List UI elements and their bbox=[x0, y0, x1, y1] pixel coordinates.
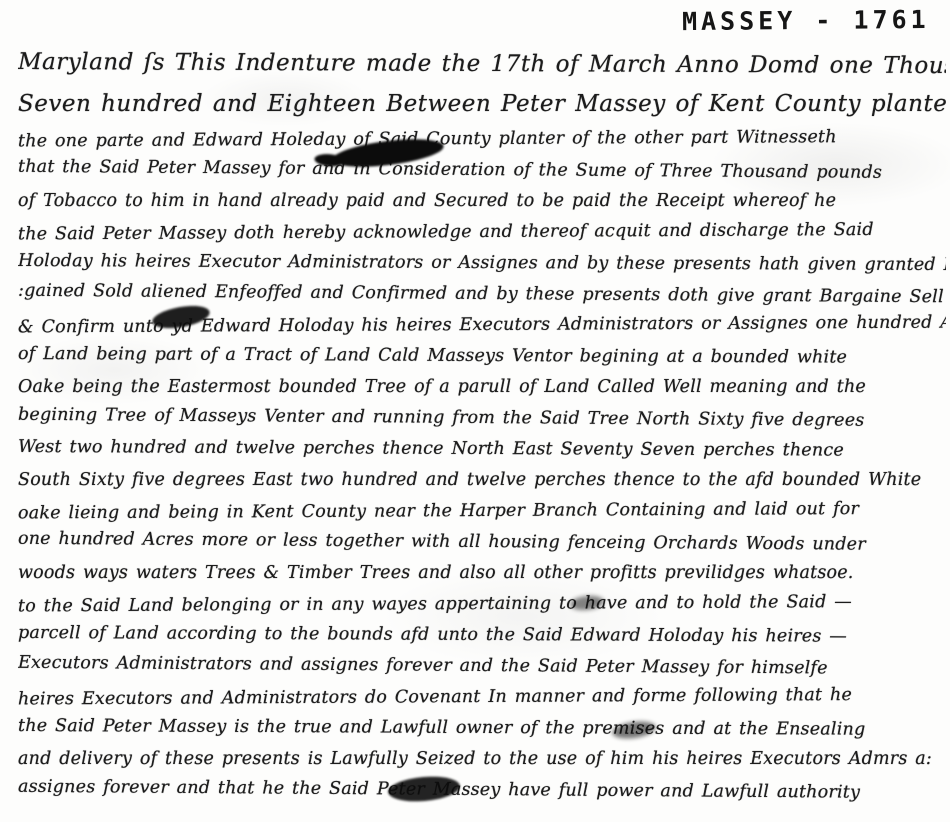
manuscript-line: of Land being part of a Tract of Land Ca… bbox=[18, 339, 946, 374]
manuscript-page: MASSEY - 1761 Maryland ſs This Indenture… bbox=[0, 0, 950, 822]
manuscript-line: Oake being the Eastermost bounded Tree o… bbox=[18, 372, 946, 403]
manuscript-line: Seven hundred and Eighteen Between Peter… bbox=[18, 84, 946, 124]
manuscript-line: of Tobacco to him in hand already paid a… bbox=[18, 186, 946, 217]
manuscript-line: assignes forever and that he the Said Pe… bbox=[18, 772, 946, 809]
manuscript-body: Maryland ſs This Indenture made the 17th… bbox=[18, 44, 946, 806]
manuscript-line: West two hundred and twelve perches then… bbox=[18, 432, 946, 467]
manuscript-line: that the Said Peter Massey for and in Co… bbox=[18, 152, 946, 189]
manuscript-line: South Sixty five degrees East two hundre… bbox=[18, 465, 946, 496]
manuscript-line: one hundred Acres more or less together … bbox=[18, 524, 946, 561]
manuscript-line: heires Executors and Administrators do C… bbox=[18, 680, 946, 716]
manuscript-line: the Said Peter Massey doth hereby acknow… bbox=[18, 215, 946, 251]
manuscript-line: the Said Peter Massey is the true and La… bbox=[18, 711, 946, 746]
archive-label: MASSEY - 1761 bbox=[682, 5, 930, 36]
manuscript-line: and delivery of these presents is Lawful… bbox=[18, 744, 946, 775]
manuscript-line: to the Said Land belonging or in any way… bbox=[18, 587, 946, 623]
manuscript-line: woods ways waters Trees & Timber Trees a… bbox=[18, 558, 946, 589]
manuscript-line: Maryland ſs This Indenture made the 17th… bbox=[18, 42, 946, 86]
